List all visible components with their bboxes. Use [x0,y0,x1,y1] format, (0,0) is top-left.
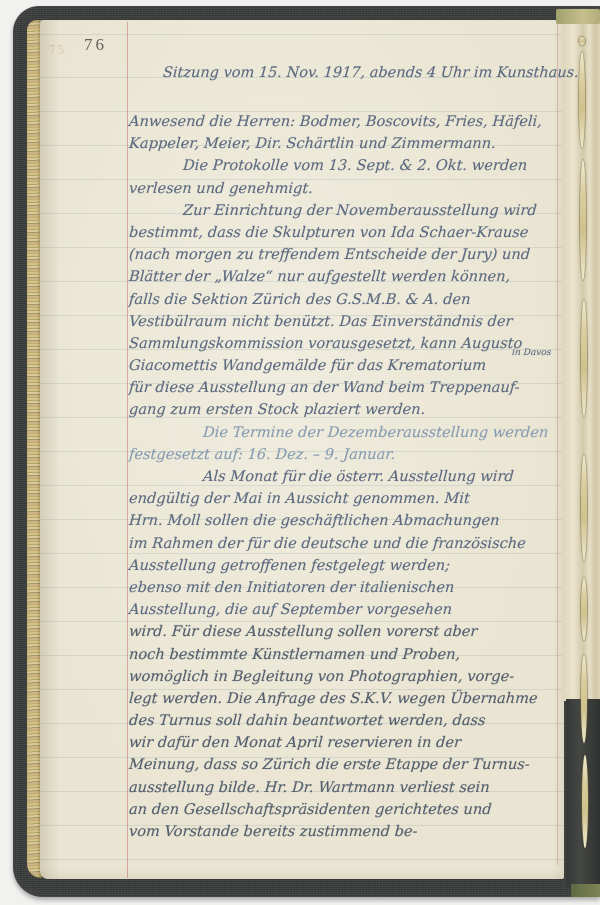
manuscript-line: Als Monat für die österr. Ausstellung wi… [128,466,558,488]
manuscript-line: noch bestimmte Künstlernamen und Proben, [128,644,558,666]
manuscript-line: Meinung, dass so Zürich die erste Etappe… [128,754,558,776]
manuscript-line: falls die Sektion Zürich des G.S.M.B. & … [128,289,558,311]
page-edge-sliver [581,655,587,743]
manuscript-line: vom Vorstande bereits zustimmend be- [128,821,558,843]
manuscript-body: Anwesend die Herren: Bodmer, Boscovits, … [129,111,557,843]
manuscript-line: wird. Für diese Ausstellung sollen vorer… [128,621,558,643]
manuscript-line: wir dafür den Monat April reservieren in… [128,732,558,754]
manuscript-line: Die Termine der Dezemberausstellung werd… [128,422,558,444]
manuscript-line: an den Gesellschaftspräsidenten gerichte… [128,799,558,821]
manuscript-line: verlesen und genehmigt. [128,178,558,200]
manuscript-line: endgültig der Mai in Aussicht genommen. … [128,488,558,510]
manuscript-line: Zur Einrichtung der Novemberausstellung … [128,200,558,222]
page-edge-sliver [580,160,586,280]
manuscript-line: des Turnus soll dahin beantwortet werden… [128,710,558,732]
page-edge-sliver [579,52,585,148]
cover-lining-bottom [571,884,600,897]
manuscript-line: gang zum ersten Stock plaziert werden. [128,399,558,421]
scan-background: 75 76 Sitzung vom 15. Nov. 1917, abends … [0,0,600,905]
insertion-annotation: in Davos [512,348,552,358]
manuscript-line: Giacomettis Wandgemälde für das Kremator… [128,355,558,377]
manuscript-line: Ausstellung, die auf September vorgesehe… [128,599,558,621]
manuscript-line: Die Protokolle vom 13. Sept. & 2. Okt. w… [128,155,558,177]
manuscript-line: für diese Ausstellung an der Wand beim T… [128,377,558,399]
manuscript-line: womöglich in Begleitung von Photographie… [128,666,558,688]
manuscript-line: (nach morgen zu treffendem Entscheide de… [128,244,558,266]
manuscript-line: Anwesend die Herren: Bodmer, Boscovits, … [128,111,558,133]
session-heading: Sitzung vom 15. Nov. 1917, abends 4 Uhr … [162,65,579,81]
page-edge-sliver [581,300,587,416]
page-edge-sliver [581,578,587,640]
page-edge-sliver [579,37,585,45]
manuscript-line: ebenso mit den Initiatoren der italienis… [128,577,558,599]
manuscript-line: Vestibülraum nicht benützt. Das Einverst… [128,311,558,333]
manuscript-line: Sammlungskommission vorausgesetzt, kann … [128,333,558,355]
manuscript-line: ausstellung bilde. Hr. Dr. Wartmann verl… [128,777,558,799]
manuscript-line: legt werden. Die Anfrage des S.K.V. wege… [128,688,558,710]
page-edge-sliver [581,455,587,560]
manuscript-line: im Rahmen der für die deutsche und die f… [128,533,558,555]
manuscript-line: bestimmt, dass die Skulpturen von Ida Sc… [128,222,558,244]
cover-lining-top [556,9,600,24]
ghost-page-number: 75 [48,42,67,58]
page-number-stamp: 76 [84,35,107,55]
manuscript-line: Hrn. Moll sollen die geschäftlichen Abma… [128,510,558,532]
manuscript-line: Ausstellung getroffenen festgelegt werde… [128,555,558,577]
manuscript-line: festgesetzt auf: 16. Dez. – 9. Januar. [128,444,558,466]
page-edge-sliver [582,755,588,848]
manuscript-line: Blätter der „Walze“ nur aufgestellt werd… [128,266,558,288]
manuscript-line: Kappeler, Meier, Dir. Schärtlin und Zimm… [128,133,558,155]
